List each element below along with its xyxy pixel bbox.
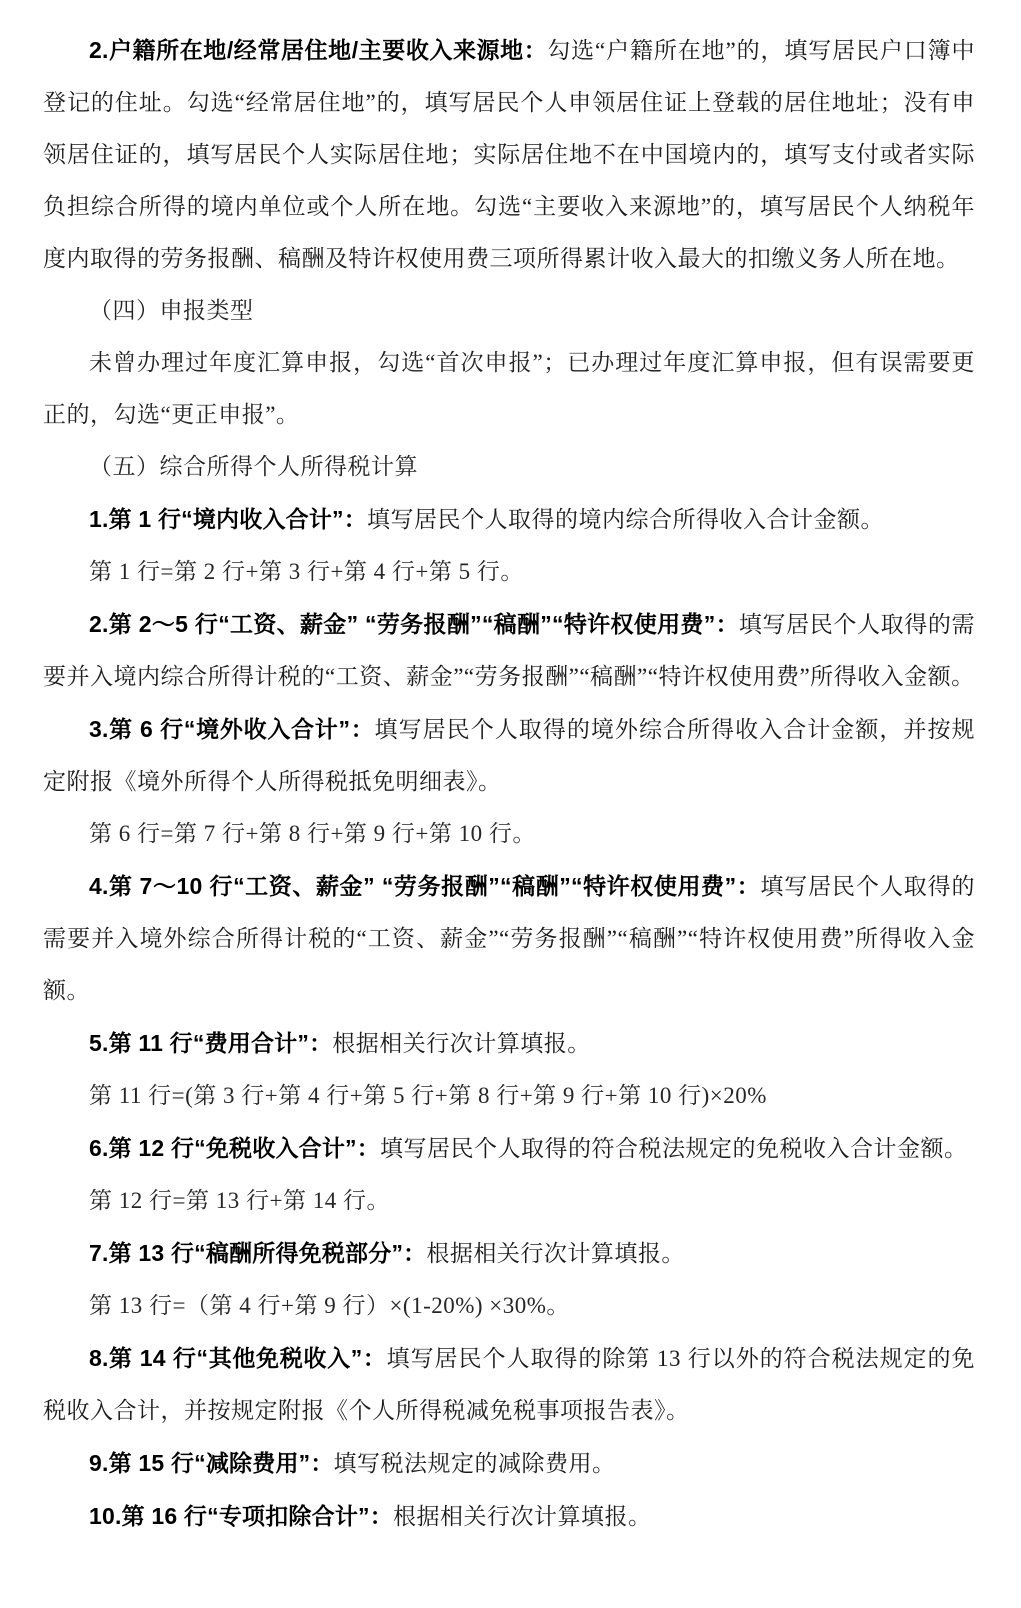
paragraph-lead: 4.第 7～10 行“工资、薪金” “劳务报酬”“稿酬”“特许权使用费”： [89,873,760,899]
paragraph-lead: 1.第 1 行“境内收入合计”： [89,506,367,532]
paragraph-body: （四）申报类型 [89,298,254,323]
paragraph: 未曾办理过年度汇算申报，勾选“首次申报”；已办理过年度汇算申报，但有误需要更正的… [43,337,975,441]
paragraph-lead: 8.第 14 行“其他免税收入”： [89,1345,387,1371]
paragraph-body: 填写税法规定的减除费用。 [334,1451,616,1476]
paragraph: 4.第 7～10 行“工资、薪金” “劳务报酬”“稿酬”“特许权使用费”：填写居… [43,860,975,1017]
paragraph-lead: 6.第 12 行“免税收入合计”： [89,1135,380,1161]
paragraph: 6.第 12 行“免税收入合计”：填写居民个人取得的符合税法规定的免税收入合计金… [43,1122,975,1175]
paragraph-lead: 9.第 15 行“减除费用”： [89,1450,334,1476]
paragraph-lead: 2.户籍所在地/经常居住地/主要收入来源地： [89,37,547,63]
formula-line: 第 1 行=第 2 行+第 3 行+第 4 行+第 5 行。 [43,546,975,598]
paragraph: 3.第 6 行“境外收入合计”：填写居民个人取得的境外综合所得收入合计金额，并按… [43,703,975,808]
paragraph: 7.第 13 行“稿酬所得免税部分”：根据相关行次计算填报。 [43,1227,975,1280]
paragraph-body: 填写居民个人取得的境内综合所得收入合计金额。 [367,507,884,532]
paragraph: 2.户籍所在地/经常居住地/主要收入来源地：勾选“户籍所在地”的，填写居民户口簿… [43,24,975,285]
formula-line: 第 13 行=（第 4 行+第 9 行）×(1-20%) ×30%。 [43,1280,975,1332]
formula-text: 第 13 行=（第 4 行+第 9 行）×(1-20%) ×30%。 [89,1293,570,1318]
paragraph-body: 勾选“户籍所在地”的，填写居民户口簿中登记的住址。勾选“经常居住地”的，填写居民… [43,38,975,271]
paragraph: 1.第 1 行“境内收入合计”：填写居民个人取得的境内综合所得收入合计金额。 [43,493,975,546]
paragraph-body: （五）综合所得个人所得税计算 [89,454,418,479]
formula-line: 第 11 行=(第 3 行+第 4 行+第 5 行+第 8 行+第 9 行+第 … [43,1070,975,1122]
paragraph-lead: 5.第 11 行“费用合计”： [89,1030,332,1056]
formula-text: 第 6 行=第 7 行+第 8 行+第 9 行+第 10 行。 [89,821,536,846]
paragraph-lead: 10.第 16 行“专项扣除合计”： [89,1503,393,1529]
formula-text: 第 12 行=第 13 行+第 14 行。 [89,1188,390,1213]
formula-line: 第 6 行=第 7 行+第 8 行+第 9 行+第 10 行。 [43,808,975,860]
formula-text: 第 1 行=第 2 行+第 3 行+第 4 行+第 5 行。 [89,559,524,584]
paragraph-body: 根据相关行次计算填报。 [332,1031,591,1056]
paragraph: 2.第 2～5 行“工资、薪金” “劳务报酬”“稿酬”“特许权使用费”：填写居民… [43,598,975,703]
paragraph-body: 根据相关行次计算填报。 [393,1504,652,1529]
paragraph-body: 未曾办理过年度汇算申报，勾选“首次申报”；已办理过年度汇算申报，但有误需要更正的… [43,350,975,427]
paragraph: 10.第 16 行“专项扣除合计”：根据相关行次计算填报。 [43,1490,975,1543]
formula-text: 第 11 行=(第 3 行+第 4 行+第 5 行+第 8 行+第 9 行+第 … [89,1083,767,1108]
paragraph: 5.第 11 行“费用合计”：根据相关行次计算填报。 [43,1017,975,1070]
paragraph-body: 根据相关行次计算填报。 [426,1241,685,1266]
formula-line: 第 12 行=第 13 行+第 14 行。 [43,1175,975,1227]
paragraph-body: 填写居民个人取得的符合税法规定的免税收入合计金额。 [380,1136,968,1161]
paragraph-lead: 7.第 13 行“稿酬所得免税部分”： [89,1240,426,1266]
paragraph-lead: 2.第 2～5 行“工资、薪金” “劳务报酬”“稿酬”“特许权使用费”： [89,611,739,637]
section-heading: （五）综合所得个人所得税计算 [43,441,975,493]
document-page: 2.户籍所在地/经常居住地/主要收入来源地：勾选“户籍所在地”的，填写居民户口簿… [0,0,1021,1608]
paragraph: 8.第 14 行“其他免税收入”：填写居民个人取得的除第 13 行以外的符合税法… [43,1332,975,1437]
paragraph: 9.第 15 行“减除费用”：填写税法规定的减除费用。 [43,1437,975,1490]
section-heading: （四）申报类型 [43,285,975,337]
paragraph-lead: 3.第 6 行“境外收入合计”： [89,716,375,742]
